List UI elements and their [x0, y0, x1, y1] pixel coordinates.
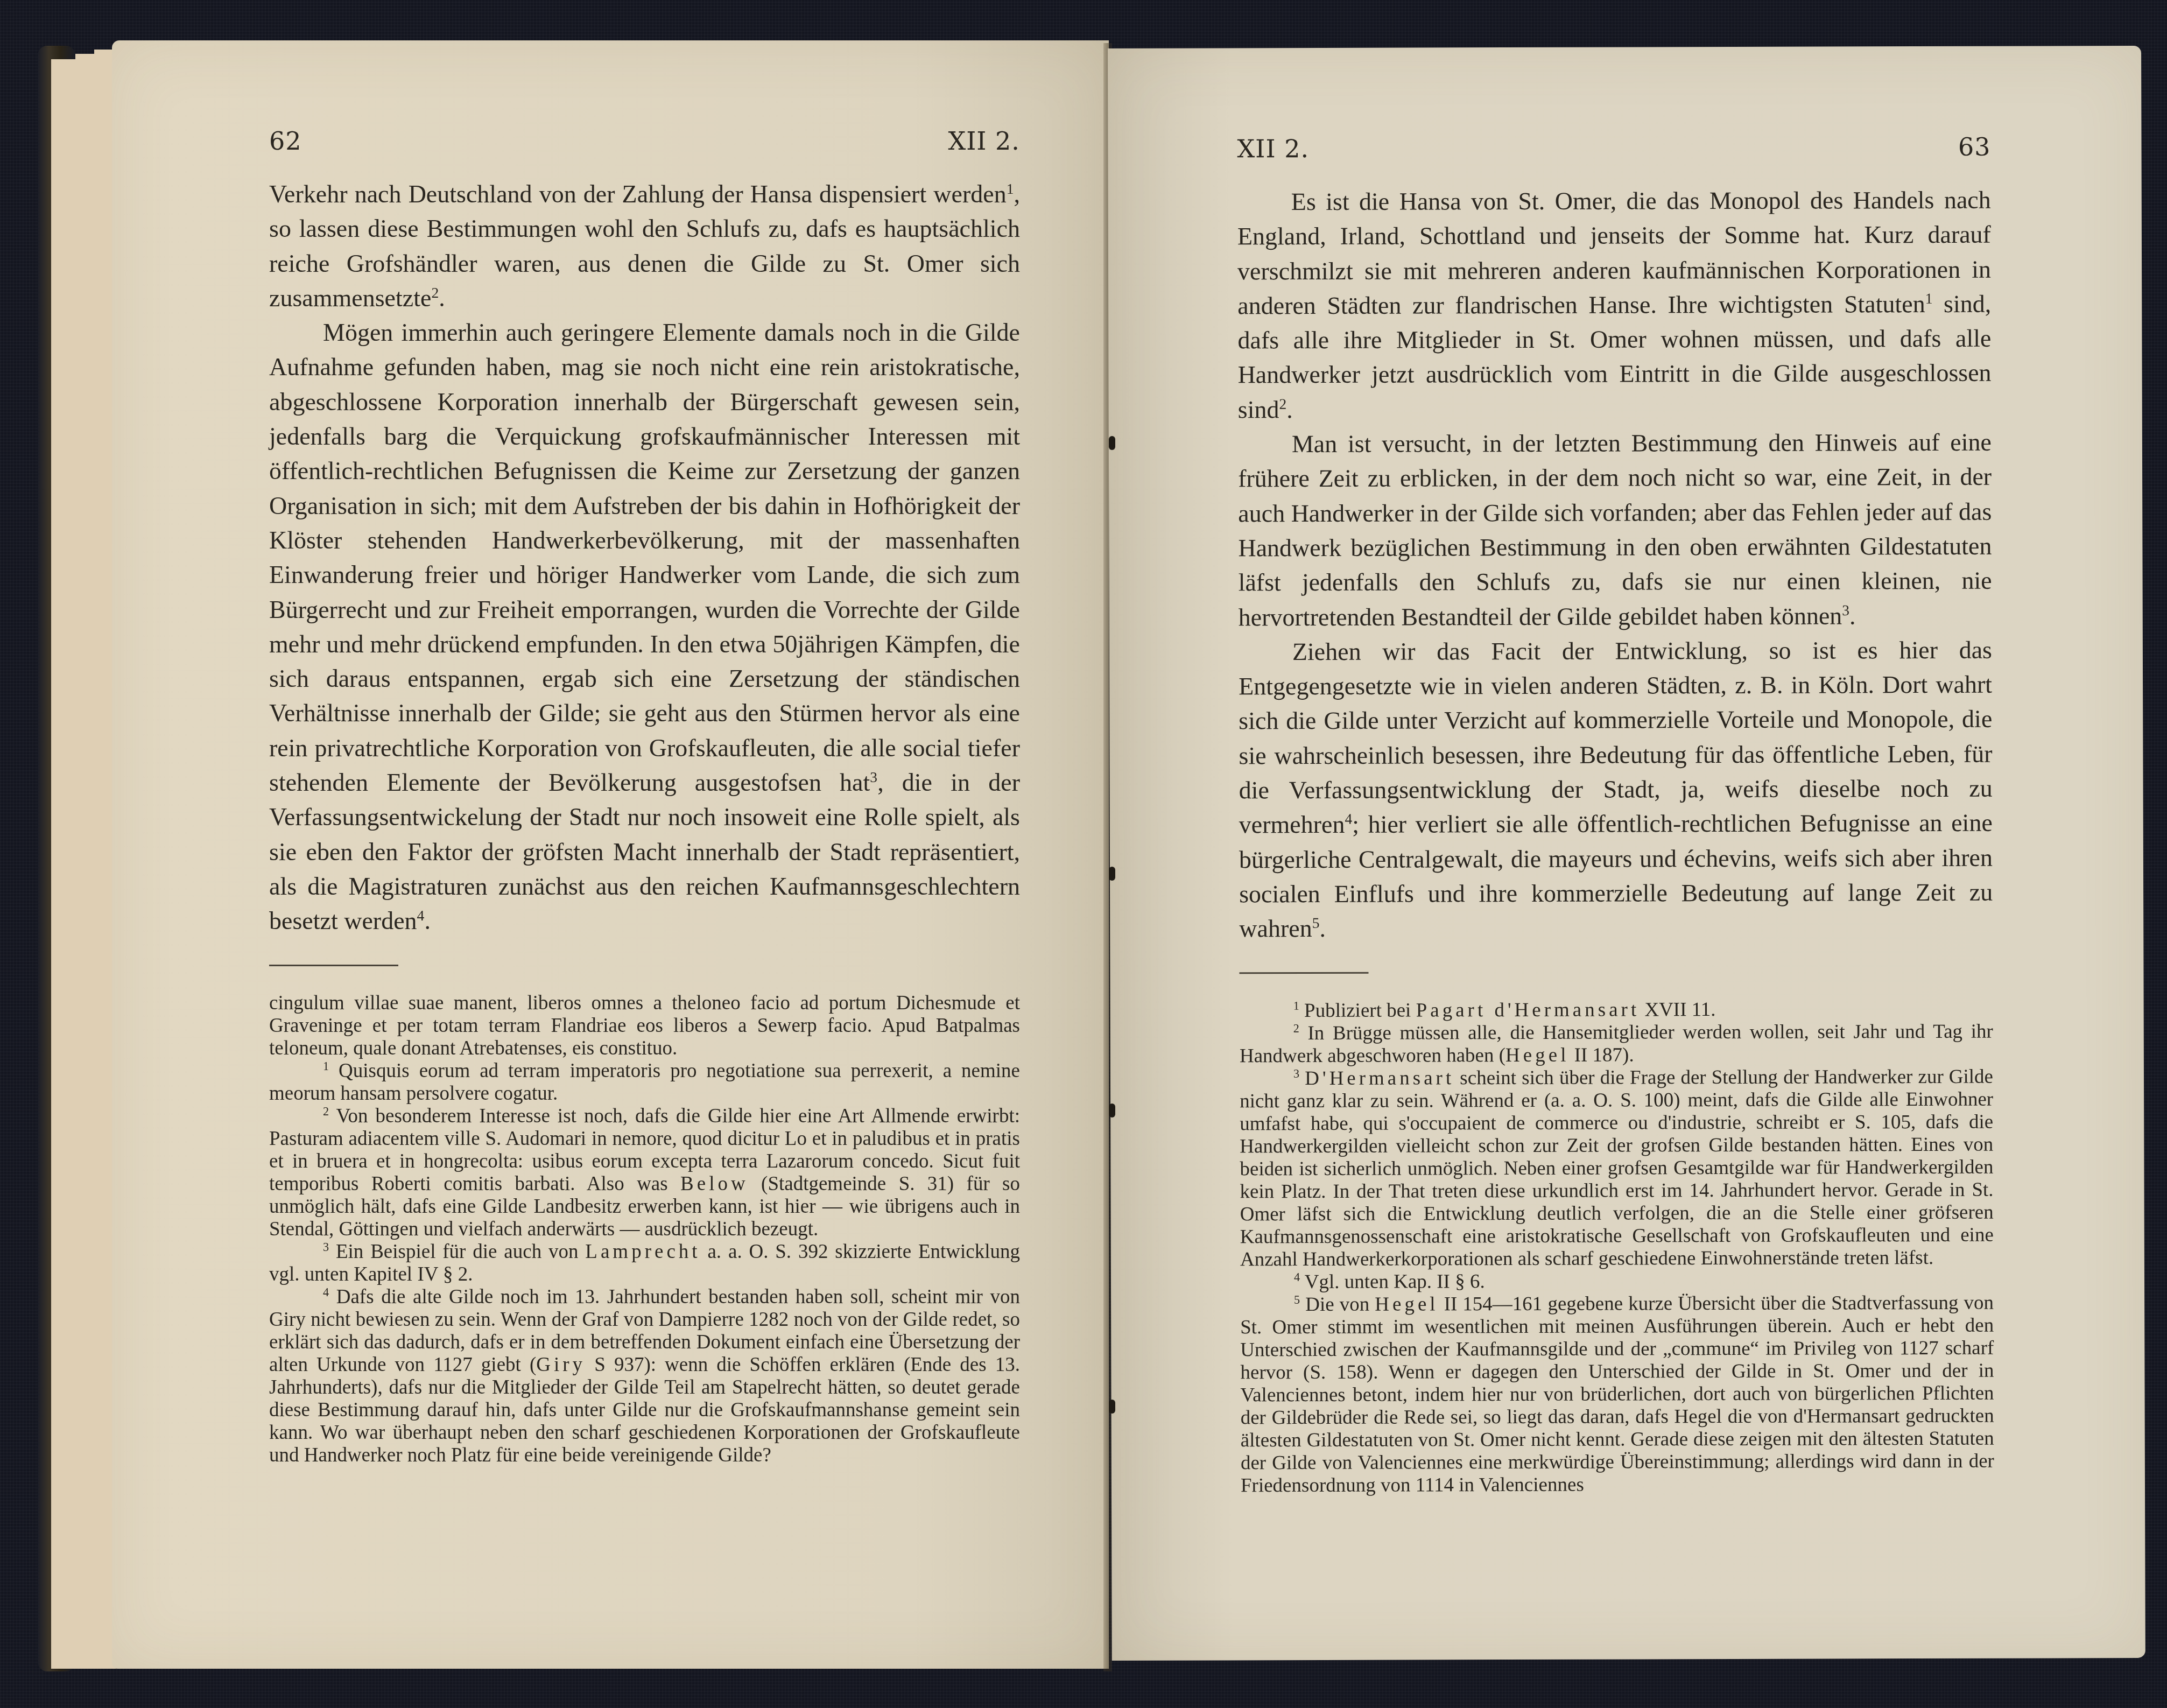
footnote-marker: 2	[431, 284, 439, 301]
text-run: Die von	[1300, 1293, 1375, 1315]
text-run: II 187).	[1569, 1044, 1634, 1066]
text-run: Vgl. unten Kap. II § 6.	[1300, 1270, 1485, 1293]
footnote: 1 Quisquis eorum ad terram imperatoris p…	[269, 1060, 1020, 1105]
footnote-marker: 4	[323, 1285, 329, 1298]
footnote-marker: 1	[1925, 290, 1933, 307]
running-head: XII 2.	[1237, 134, 1309, 163]
footnote-marker: 4	[1294, 1270, 1300, 1283]
footnote: 4 Vgl. unten Kap. II § 6.	[1240, 1269, 1994, 1294]
left-page: 62 XII 2. Verkehr nach Deutschland von d…	[112, 40, 1109, 1669]
text-run: cingulum villae suae manent, liberos omn…	[269, 992, 1020, 1059]
footnote: 3 Ein Beispiel für die auch von Lamprech…	[269, 1241, 1020, 1286]
text-run: .	[424, 907, 431, 934]
right-page: XII 2. 63 Es ist die Hansa von St. Omer,…	[1108, 46, 2145, 1661]
footnote-marker: 1	[1007, 180, 1014, 197]
author-name: Pagart d'Hermansart	[1416, 999, 1640, 1021]
text-run: Ein Beispiel für die auch von	[329, 1241, 585, 1263]
footnote: 1 Publiziert bei Pagart d'Hermansart XVI…	[1240, 997, 1993, 1022]
footnote-marker: 1	[323, 1059, 329, 1072]
text-run: Mögen immerhin auch geringere Elemente d…	[269, 319, 1020, 796]
text-run: .	[439, 284, 445, 312]
footnote: 5 Die von Hegel II 154—161 gegebene kurz…	[1240, 1291, 1994, 1497]
right-body-text: Es ist die Hansa von St. Omer, die das M…	[1237, 183, 1993, 946]
paragraph: Ziehen wir das Facit der Entwicklung, so…	[1239, 633, 1993, 946]
text-run: .	[1319, 915, 1326, 942]
footnote-marker: 5	[1294, 1292, 1300, 1306]
page-number: 63	[1958, 132, 1991, 161]
footnote-rule	[1239, 972, 1368, 974]
paragraph: Mögen immerhin auch geringere Elemente d…	[269, 315, 1020, 938]
running-head: XII 2.	[948, 126, 1020, 156]
footnote: 4 Dafs die alte Gilde noch im 13. Jahrhu…	[269, 1286, 1020, 1467]
left-footnotes: cingulum villae suae manent, liberos omn…	[269, 992, 1020, 1467]
text-run: Man ist versucht, in der letzten Bestimm…	[1238, 428, 1992, 631]
footnote-marker: 5	[1312, 915, 1320, 931]
text-run: Verkehr nach Deutschland von der Zahlung…	[269, 180, 1007, 208]
text-run: scheint sich über die Frage der Stellung…	[1240, 1065, 1994, 1270]
text-run: Publiziert bei	[1299, 999, 1416, 1022]
binding-thread	[1109, 436, 1115, 450]
footnote: cingulum villae suae manent, liberos omn…	[269, 992, 1020, 1060]
author-name: D'Hermansart	[1305, 1067, 1454, 1090]
footnote-marker: 3	[323, 1240, 329, 1253]
footnote-marker: 1	[1293, 999, 1299, 1012]
author-name: Hegel	[1505, 1044, 1569, 1066]
author-name: Hegel	[1375, 1293, 1438, 1315]
text-run: .	[1849, 602, 1856, 629]
footnote-marker: 2	[323, 1104, 329, 1117]
text-run: II 154—161 gegebene kurze Übersicht über…	[1240, 1291, 1994, 1496]
footnote-marker: 3	[1842, 602, 1849, 618]
text-run: XVII 11.	[1640, 999, 1716, 1021]
right-running-header: XII 2. 63	[1237, 132, 1990, 164]
binding-thread	[1109, 1400, 1115, 1414]
footnote-marker: 4	[1345, 811, 1352, 827]
left-running-header: 62 XII 2.	[269, 126, 1020, 156]
binding-thread	[1109, 867, 1115, 881]
left-page-content: 62 XII 2. Verkehr nach Deutschland von d…	[269, 126, 1020, 1467]
text-run: .	[1286, 396, 1293, 423]
footnote-rule	[269, 965, 398, 966]
footnote-marker: 2	[1293, 1021, 1299, 1035]
text-run	[1299, 1067, 1305, 1090]
footnote: 2 In Brügge müssen alle, die Hansemitgli…	[1240, 1020, 1993, 1067]
right-footnotes: 1 Publiziert bei Pagart d'Hermansart XVI…	[1240, 997, 1994, 1497]
footnote-marker: 3	[1293, 1066, 1299, 1080]
text-run: Quisquis eorum ad terram imperatoris pro…	[269, 1060, 1020, 1105]
author-name: Lamprecht	[585, 1241, 700, 1263]
text-run: ; hier verliert sie alle öffentlich-rech…	[1239, 809, 1993, 943]
left-body-text: Verkehr nach Deutschland von der Zahlung…	[269, 177, 1020, 939]
paragraph: Man ist versucht, in der letzten Bestimm…	[1238, 425, 1992, 635]
page-number: 62	[269, 126, 302, 156]
text-run: Ziehen wir das Facit der Entwicklung, so…	[1239, 636, 1993, 839]
footnote-marker: 3	[870, 769, 877, 785]
paragraph: Verkehr nach Deutschland von der Zahlung…	[269, 177, 1020, 315]
footnote: 3 D'Hermansart scheint sich über die Fra…	[1240, 1065, 1994, 1271]
right-page-content: XII 2. 63 Es ist die Hansa von St. Omer,…	[1237, 132, 1994, 1497]
author-name: Below	[680, 1173, 749, 1195]
author-name: Giry	[536, 1354, 586, 1376]
footnote-marker: 4	[417, 907, 425, 924]
footnote-marker: 2	[1279, 396, 1286, 412]
binding-thread	[1109, 1103, 1115, 1117]
paragraph: Es ist die Hansa von St. Omer, die das M…	[1237, 183, 1992, 427]
text-run: Es ist die Hansa von St. Omer, die das M…	[1237, 186, 1991, 320]
footnote: 2 Von besonderem Interesse ist noch, daf…	[269, 1105, 1020, 1241]
